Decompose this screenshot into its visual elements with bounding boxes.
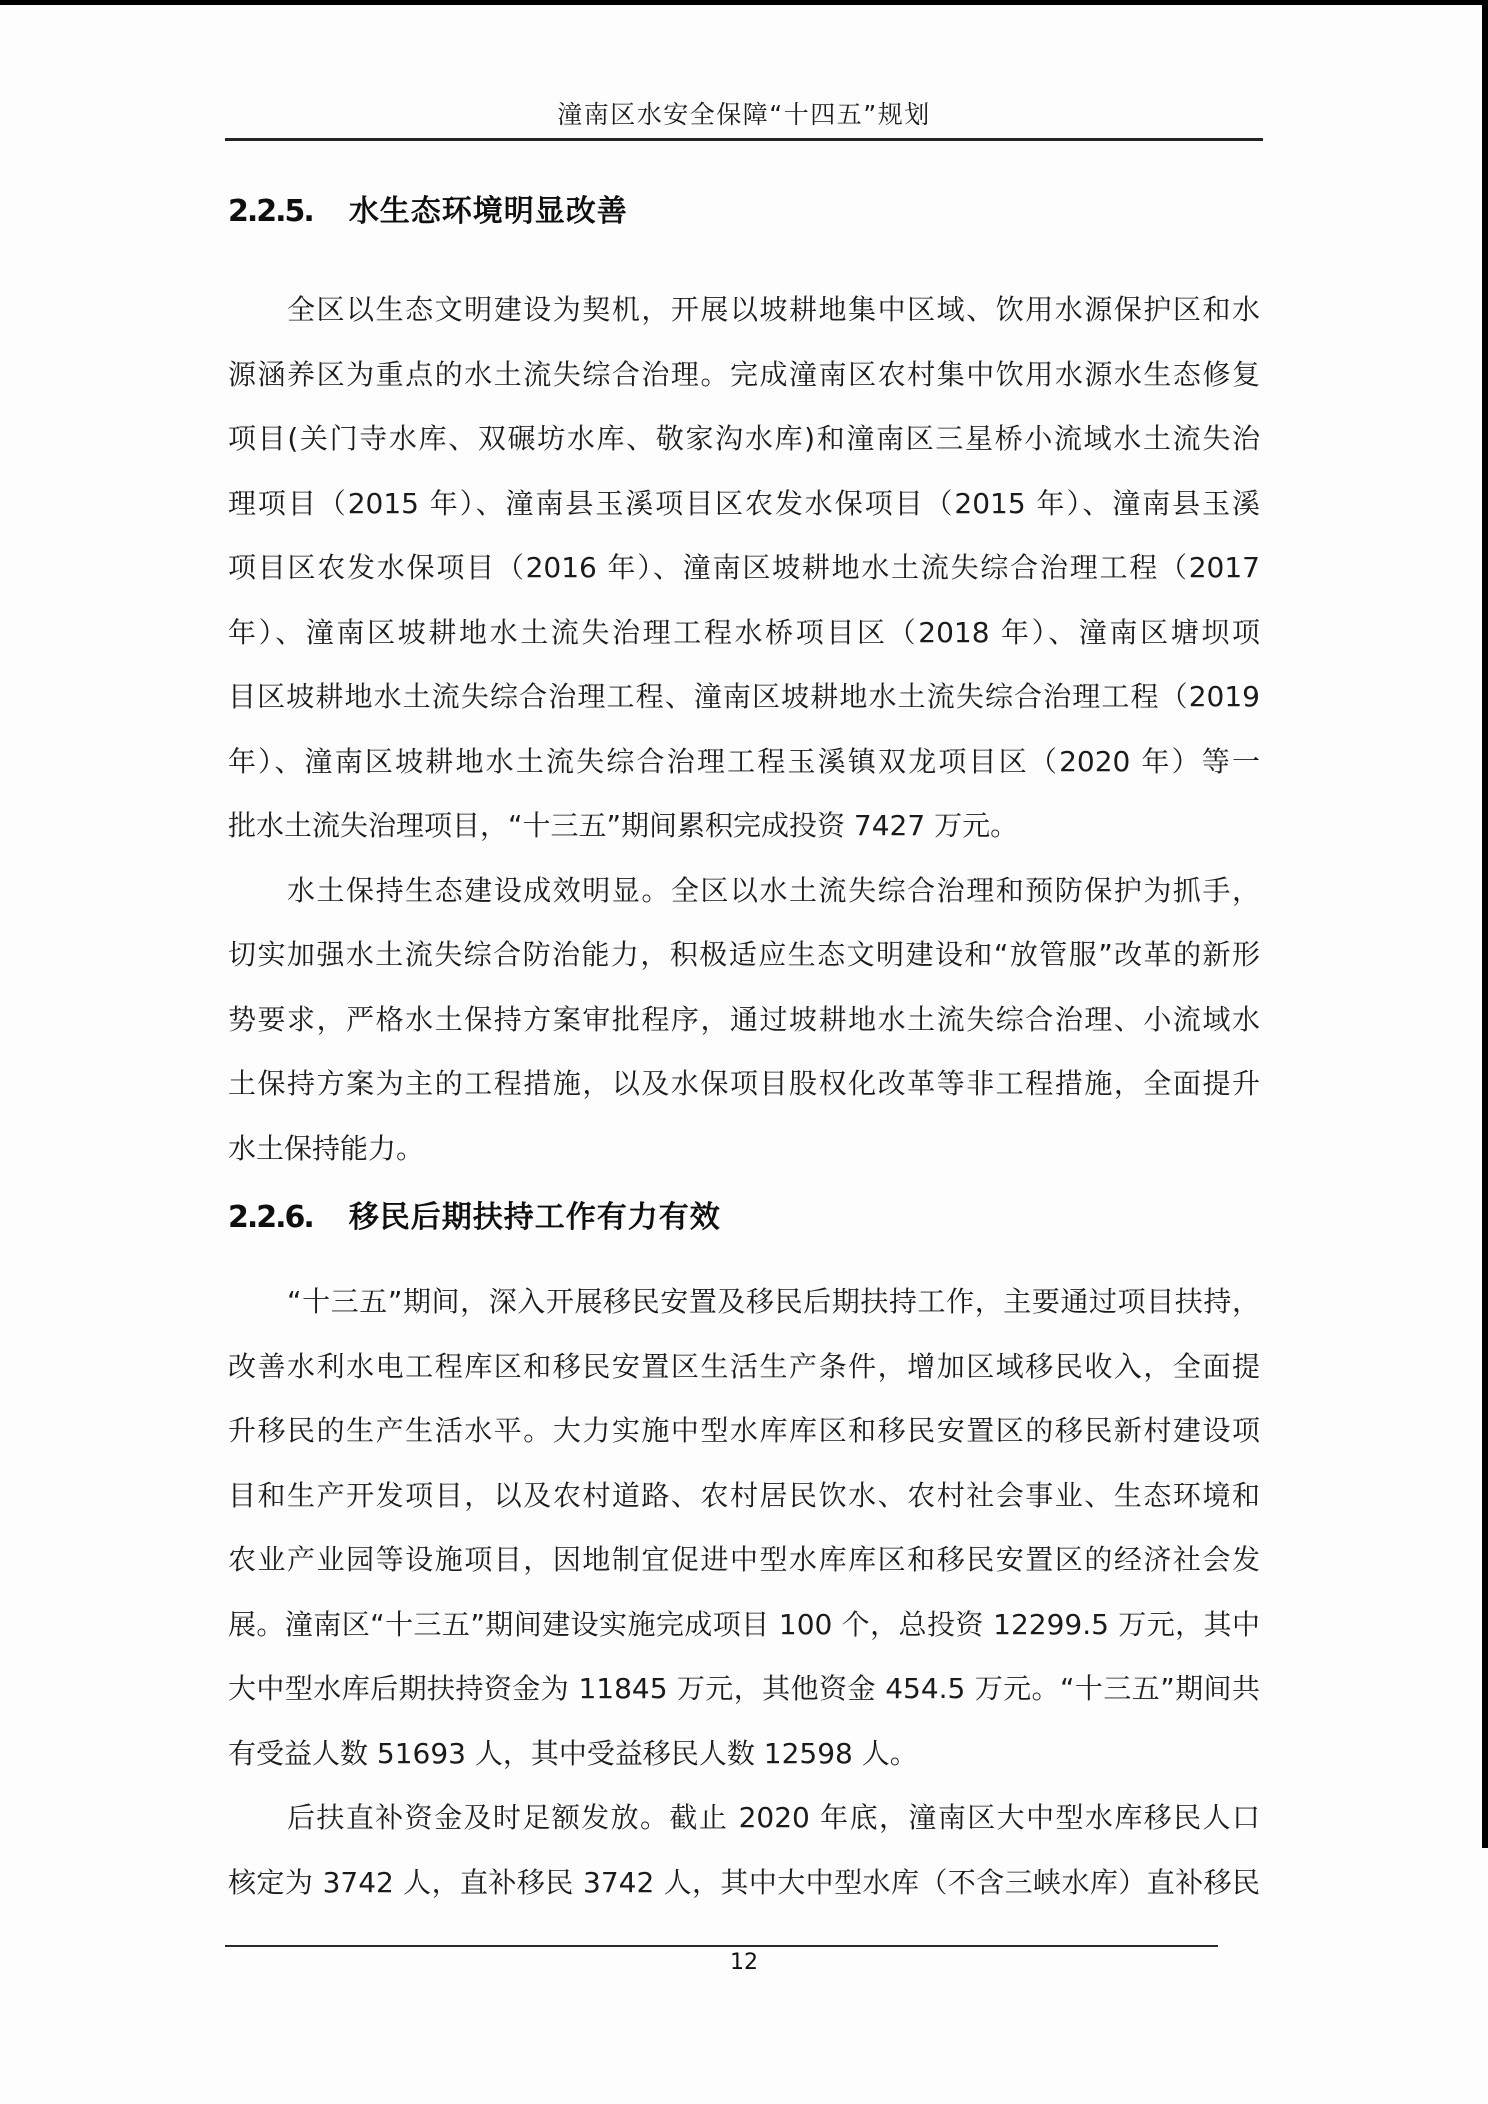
- paragraph-line: 升移民的生产生活水平。大力实施中型水库库区和移民安置区的移民新村建设项: [228, 1399, 1260, 1464]
- paragraph-line: 展。潼南区“十三五”期间建设实施完成项目 100 个，总投资 12299.5 万…: [228, 1593, 1260, 1658]
- paragraph-water-ecology: 全区以生态文明建设为契机，开展以坡耕地集中区域、饮用水源保护区和水 源涵养区为重…: [228, 278, 1260, 859]
- paragraph-line: 项目区农发水保项目（2016 年）、潼南区坡耕地水土流失综合治理工程（2017: [228, 536, 1260, 601]
- paragraph-line: 核定为 3742 人，直补移民 3742 人，其中大中型水库（不含三峡水库）直补…: [228, 1851, 1260, 1916]
- section-heading-2-2-6: 2.2.6.移民后期扶持工作有力有效: [228, 1198, 1260, 1238]
- paragraph-line: 势要求，严格水土保持方案审批程序，通过坡耕地水土流失综合治理、小流域水: [228, 988, 1260, 1053]
- section-title: 水生态环境明显改善: [349, 194, 628, 229]
- paragraph-line: 有受益人数 51693 人，其中受益移民人数 12598 人。: [228, 1722, 1260, 1787]
- paragraph-line: 目和生产开发项目，以及农村道路、农村居民饮水、农村社会事业、生态环境和: [228, 1464, 1260, 1529]
- page-number: 12: [0, 1950, 1488, 1975]
- paragraph-line: 项目(关门寺水库、双碾坊水库、敬家沟水库)和潼南区三星桥小流域水土流失治: [228, 407, 1260, 472]
- paragraph-line: 农业产业园等设施项目，因地制宜促进中型水库库区和移民安置区的经济社会发: [228, 1528, 1260, 1593]
- header-rule: [225, 138, 1263, 141]
- paragraph-line: 年）、潼南区坡耕地水土流失治理工程水桥项目区（2018 年）、潼南区塘坝项: [228, 601, 1260, 666]
- paragraph-soil-conservation: 水土保持生态建设成效明显。全区以水土流失综合治理和预防保护为抓手， 切实加强水土…: [228, 859, 1260, 1182]
- section-heading-2-2-5: 2.2.5.水生态环境明显改善: [228, 192, 1260, 232]
- paragraph-line: 水土保持生态建设成效明显。全区以水土流失综合治理和预防保护为抓手，: [228, 859, 1260, 924]
- paragraph-line: 后扶直补资金及时足额发放。截止 2020 年底，潼南区大中型水库移民人口: [228, 1786, 1260, 1851]
- running-header-title: 潼南区水安全保障“十四五”规划: [0, 95, 1488, 131]
- paragraph-line: 理项目（2015 年）、潼南县玉溪项目区农发水保项目（2015 年）、潼南县玉溪: [228, 472, 1260, 537]
- scan-edge-right: [1482, 0, 1488, 1848]
- paragraph-line: “十三五”期间，深入开展移民安置及移民后期扶持工作，主要通过项目扶持，: [228, 1270, 1260, 1335]
- paragraph-direct-subsidy: 后扶直补资金及时足额发放。截止 2020 年底，潼南区大中型水库移民人口 核定为…: [228, 1786, 1260, 1915]
- paragraph-line: 改善水利水电工程库区和移民安置区生活生产条件，增加区域移民收入，全面提: [228, 1335, 1260, 1400]
- footer-rule: [225, 1945, 1218, 1947]
- section-title: 移民后期扶持工作有力有效: [349, 1200, 721, 1235]
- paragraph-line: 水土保持能力。: [228, 1117, 1260, 1182]
- section-number: 2.2.6.: [228, 1200, 313, 1235]
- document-page: 潼南区水安全保障“十四五”规划 2.2.5.水生态环境明显改善 全区以生态文明建…: [0, 0, 1488, 2104]
- paragraph-line: 目区坡耕地水土流失综合治理工程、潼南区坡耕地水土流失综合治理工程（2019: [228, 665, 1260, 730]
- paragraph-line: 土保持方案为主的工程措施，以及水保项目股权化改革等非工程措施，全面提升: [228, 1052, 1260, 1117]
- document-body: 2.2.5.水生态环境明显改善 全区以生态文明建设为契机，开展以坡耕地集中区域、…: [228, 192, 1260, 1915]
- paragraph-line: 源涵养区为重点的水土流失综合治理。完成潼南区农村集中饮用水源水生态修复: [228, 343, 1260, 408]
- paragraph-line: 全区以生态文明建设为契机，开展以坡耕地集中区域、饮用水源保护区和水: [228, 278, 1260, 343]
- paragraph-line: 年）、潼南区坡耕地水土流失综合治理工程玉溪镇双龙项目区（2020 年）等一: [228, 730, 1260, 795]
- paragraph-line: 大中型水库后期扶持资金为 11845 万元，其他资金 454.5 万元。“十三五…: [228, 1657, 1260, 1722]
- paragraph-line: 批水土流失治理项目，“十三五”期间累积完成投资 7427 万元。: [228, 794, 1260, 859]
- scan-edge-top: [0, 0, 1488, 5]
- paragraph-resettlement-support: “十三五”期间，深入开展移民安置及移民后期扶持工作，主要通过项目扶持， 改善水利…: [228, 1270, 1260, 1786]
- paragraph-line: 切实加强水土流失综合防治能力，积极适应生态文明建设和“放管服”改革的新形: [228, 923, 1260, 988]
- section-number: 2.2.5.: [228, 194, 313, 229]
